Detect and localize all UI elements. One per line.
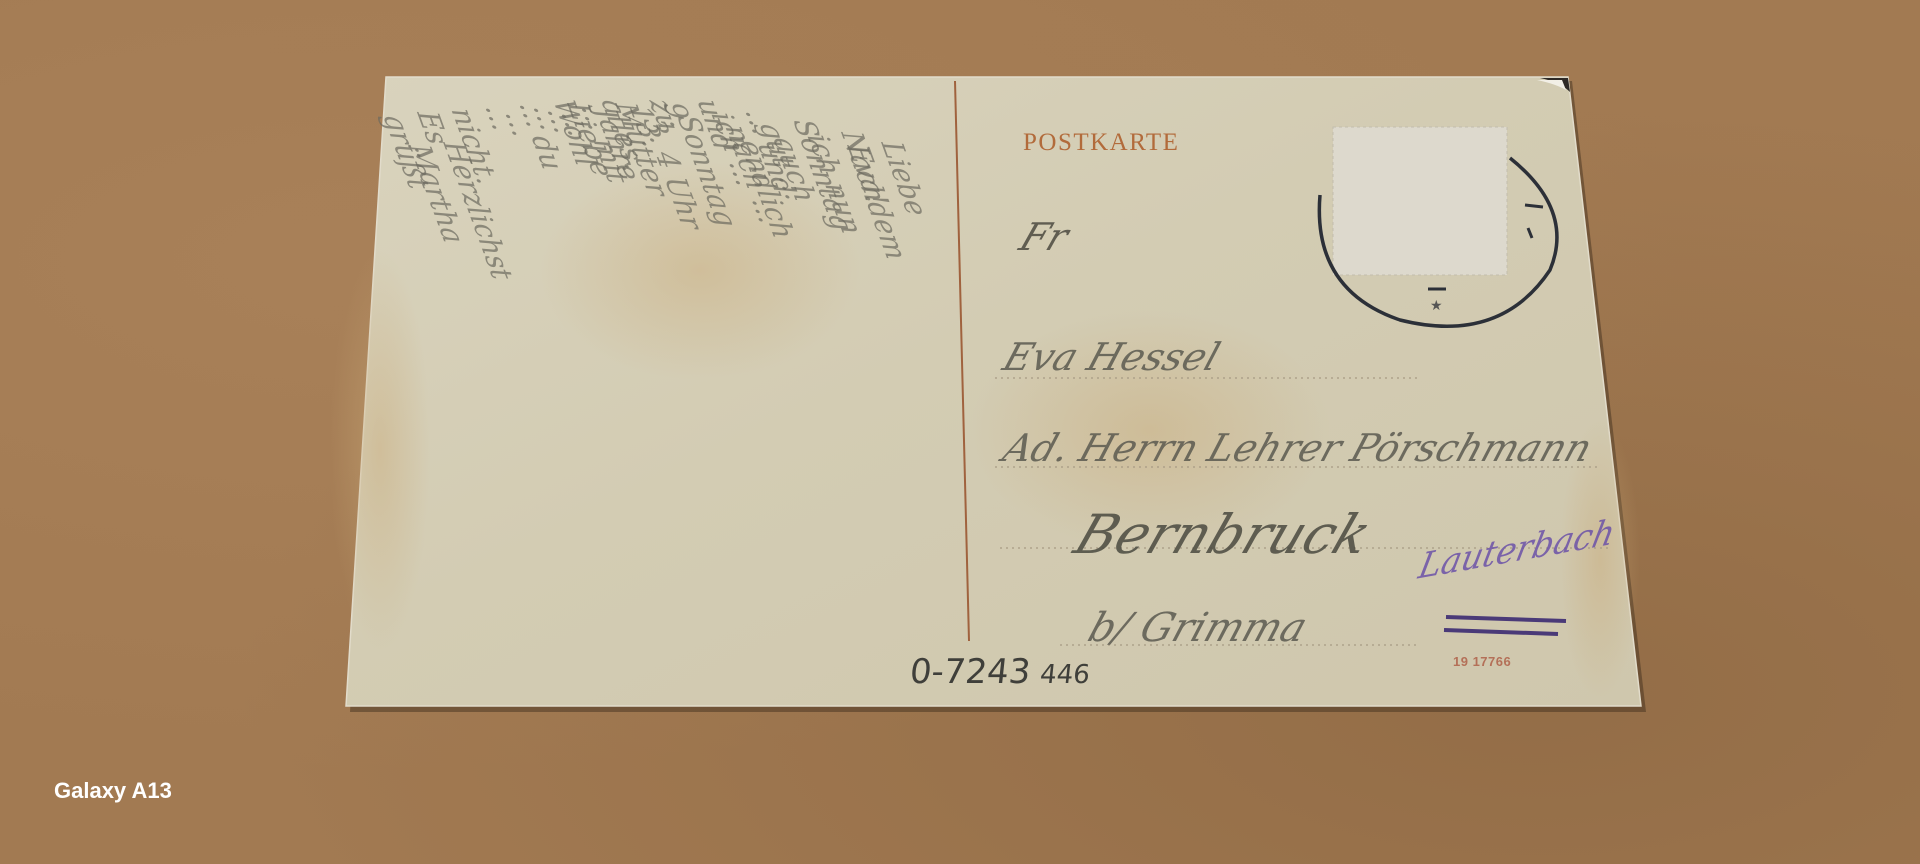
- postcard-header: POSTKARTE: [1023, 129, 1179, 157]
- archive-number-suffix: 446: [1039, 660, 1092, 690]
- postcard: ★ POSTKARTE Fr Eva Hessel Ad. Herrn Lehr…: [0, 0, 1920, 864]
- svg-text:★: ★: [1430, 298, 1443, 314]
- address-line-2: Ad. Herrn Lehrer Pörschmann: [998, 426, 1598, 470]
- stamp-area: [1333, 127, 1507, 275]
- address-line-4: b/ Grimma: [1083, 605, 1313, 651]
- archive-number: 0-7243446: [908, 652, 1092, 692]
- address-line-3: Bernbruck: [1067, 503, 1380, 566]
- print-number: 19 17766: [1453, 654, 1511, 669]
- camera-watermark: Galaxy A13: [54, 778, 172, 804]
- address-line-1: Eva Hessel: [998, 335, 1226, 379]
- archive-number-main: 0-7243: [908, 652, 1033, 692]
- postcard-shape: ★: [0, 0, 1920, 864]
